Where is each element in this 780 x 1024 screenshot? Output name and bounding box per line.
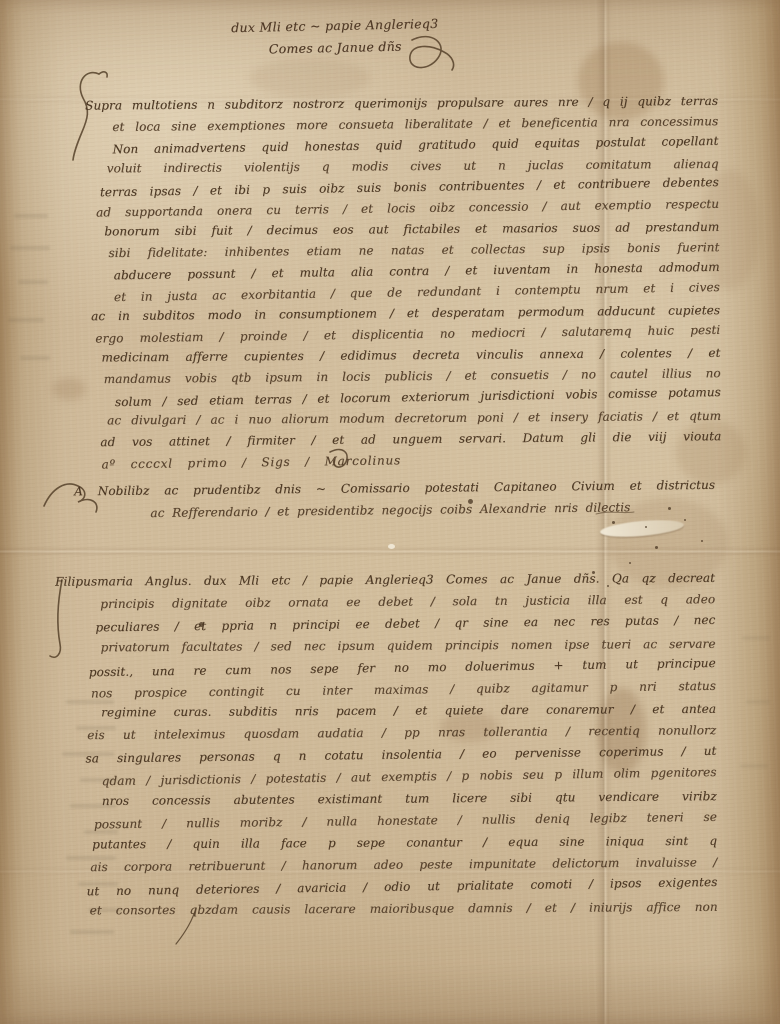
verso-show-through-mark bbox=[8, 318, 44, 322]
verso-show-through-mark bbox=[740, 764, 768, 768]
paper-fleck bbox=[388, 544, 395, 549]
manuscript-text-line: Filipusmaria Anglus. dux Mli etc / papie… bbox=[55, 568, 715, 594]
manuscript-text-line: et consortes qbzdam causis lacerare maio… bbox=[90, 896, 718, 922]
ink-speck bbox=[629, 562, 631, 564]
ink-speck bbox=[701, 540, 703, 542]
ink-speck bbox=[655, 546, 658, 549]
initial-s-flourish-tip bbox=[99, 72, 107, 77]
manuscript-text-line: putantes / quin illa face p sepe conantu… bbox=[92, 831, 717, 857]
address-block: A Nobilibz ac prudentibz dnis ~ Comissar… bbox=[74, 474, 715, 525]
verso-show-through-mark bbox=[14, 214, 48, 218]
manuscript-scan: dux Mli etc ~ papie Anglerieq3 Comes ac … bbox=[0, 0, 780, 1024]
body-paragraph-2: Filipusmaria Anglus. dux Mli etc / papie… bbox=[100, 567, 718, 922]
seal-residue-mark bbox=[600, 517, 685, 539]
verso-show-through-mark bbox=[742, 636, 770, 640]
verso-show-through-mark bbox=[10, 246, 50, 250]
stain bbox=[52, 378, 86, 400]
verso-show-through-mark bbox=[70, 930, 114, 934]
manuscript-text-line: regimine curas. subditis nris pacem / et… bbox=[101, 699, 716, 724]
body-paragraph-1: Supra multotiens n subditorz nostrorz qu… bbox=[112, 90, 722, 474]
verso-show-through-mark bbox=[18, 280, 48, 284]
verso-show-through-mark bbox=[746, 700, 770, 704]
document-header: dux Mli etc ~ papie Anglerieq3 Comes ac … bbox=[190, 13, 481, 61]
ink-speck bbox=[684, 519, 686, 521]
verso-show-through-mark bbox=[20, 356, 50, 360]
horizontal-fold-crease bbox=[0, 546, 780, 556]
header-line-2: Comes ac Janue dñs bbox=[190, 35, 480, 61]
stain bbox=[250, 58, 370, 98]
ink-speck bbox=[612, 521, 615, 524]
